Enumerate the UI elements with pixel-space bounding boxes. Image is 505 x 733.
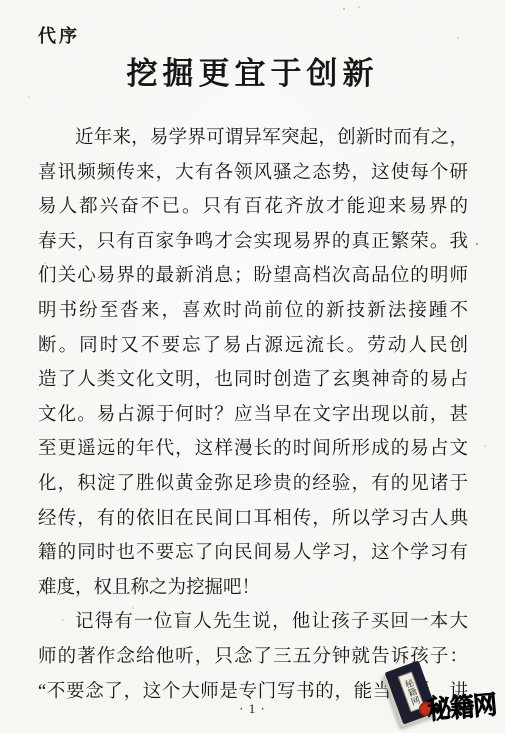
text-line: 文化。易占源于何时？应当早在文字出现以前，甚 — [38, 398, 468, 433]
text-line: 春天，只有百家争鸣才会实现易界的真正繁荣。我 — [38, 225, 468, 260]
text-line: 化，积淀了胜似黄金弥足珍贵的经验，有的见诸于 — [38, 467, 468, 502]
scan-noise — [0, 0, 2, 2]
page-number: · 1 · — [0, 701, 505, 717]
body-text: 近年来，易学界可谓异军突起，创新时而有之， 喜讯频频传来，大有各领风骚之态势，这… — [38, 121, 468, 709]
text-line: 至更遥远的年代，这样漫长的时间所形成的易占文 — [38, 432, 468, 467]
scanned-book-page: 代序 挖掘更宜于创新 近年来，易学界可谓异军突起，创新时而有之， 喜讯频频传来，… — [0, 0, 505, 733]
text-line: 难度，权且称之为挖掘吧！ — [38, 571, 468, 606]
page-title: 挖掘更宜于创新 — [0, 48, 505, 93]
text-line: 断。同时又不要忘了易占源远流长。劳动人民创 — [38, 329, 468, 364]
text-line: 们关心易界的最新消息；盼望高档次高品位的明师 — [38, 259, 468, 294]
text-line: 经传，有的依旧在民间口耳相传，所以学习古人典 — [38, 502, 468, 537]
text-line: 记得有一位盲人先生说，他让孩子买回一本大 — [38, 605, 468, 640]
text-line: 师的著作念给他听，只念了三五分钟就告诉孩子： — [38, 640, 468, 675]
text-line: 近年来，易学界可谓异军突起，创新时而有之， — [38, 121, 468, 156]
text-line: 籍的同时也不要忘了向民间易人学习，这个学习有 — [38, 536, 468, 571]
section-label: 代序 — [38, 22, 80, 48]
text-line: 明书纷至沓来，喜欢时尚前位的新技新法接踵不 — [38, 294, 468, 329]
text-line: 易人都兴奋不已。只有百花齐放才能迎来易界的 — [38, 190, 468, 225]
text-line: 喜讯频频传来，大有各领风骚之态势，这使每个研 — [38, 156, 468, 191]
text-line: 造了人类文化文明，也同时创造了玄奥神奇的易占 — [38, 363, 468, 398]
